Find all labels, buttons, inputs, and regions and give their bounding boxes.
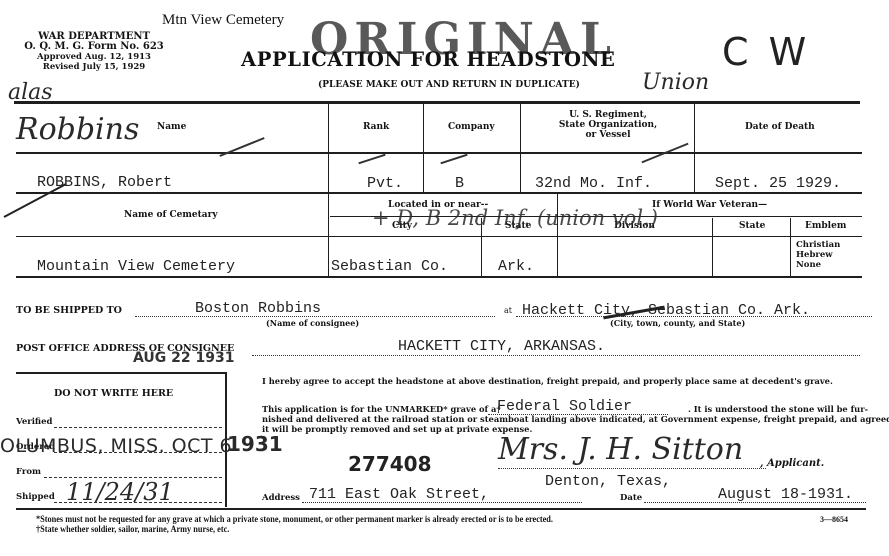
col-divider — [423, 104, 424, 192]
ordered-stamp-year: 1931 — [227, 432, 283, 456]
emblem-option-christian: Christian — [796, 240, 840, 250]
received-stamp: AUG 22 1931 — [133, 350, 234, 366]
row-rule — [16, 192, 862, 194]
po-address-value: HACKETT CITY, ARKANSAS. — [398, 338, 605, 355]
value-cemetery-name: Mountain View Cemetery — [37, 258, 235, 275]
agreement-line-1: I hereby agree to accept the headstone a… — [262, 376, 833, 386]
bottom-rule — [16, 508, 866, 510]
header-ww-group: If World War Veteran— — [652, 200, 767, 210]
form-code: 3—8654 — [820, 515, 848, 524]
value-rank: Pvt. — [367, 175, 403, 192]
header-company: Company — [448, 122, 495, 132]
emblem-option-none: None — [796, 260, 840, 270]
consignee-value: Boston Robbins — [195, 300, 321, 317]
header-ww-state: State — [739, 221, 765, 231]
value-date-of-death: Sept. 25 1929. — [715, 175, 841, 192]
col-divider — [790, 218, 791, 276]
grave-of-value: Federal Soldier — [497, 398, 632, 415]
city-state-value: Denton, Texas, — [545, 473, 671, 490]
signature-dots — [498, 468, 766, 469]
office-box-title: DO NOT WRITE HERE — [54, 388, 173, 399]
value-state: Ark. — [498, 258, 534, 275]
address-value: 711 East Oak Street, — [309, 486, 489, 503]
col-divider — [520, 104, 521, 192]
header-emblem: Emblem — [805, 221, 846, 231]
header-regiment: U. S. Regiment, State Organization, or V… — [522, 110, 694, 140]
header-rank: Rank — [363, 122, 389, 132]
form-subtitle: (PLEASE MAKE OUT AND RETURN IN DUPLICATE… — [318, 80, 580, 90]
form-title: APPLICATION FOR HEADSTONE — [241, 48, 616, 71]
at-label: at — [504, 306, 512, 315]
header-name: Name — [157, 122, 186, 132]
check-mark-icon — [440, 154, 467, 165]
date-value: August 18-1931. — [718, 486, 853, 503]
col-divider — [694, 104, 695, 192]
date-label: Date — [620, 493, 642, 503]
agreement-line-2-suffix: . It is understood the stone will be fur… — [688, 404, 868, 414]
applicant-signature: Mrs. J. H. Sitton — [498, 432, 743, 467]
col-divider — [328, 104, 329, 192]
address-label: Address — [262, 493, 300, 503]
emblem-option-hebrew: Hebrew — [796, 250, 840, 260]
agency-revised: Revised July 15, 1929 — [14, 62, 174, 72]
handwritten-located-overwrite: + D, B 2nd Inf. (union vol.) — [372, 206, 658, 230]
top-note: Mtn View Cemetery — [162, 12, 284, 29]
agency-form-number: O. Q. M. G. Form No. 623 — [14, 42, 174, 52]
emblem-options: Christian Hebrew None — [796, 240, 840, 270]
office-field-from: From — [16, 467, 41, 477]
destination-value: Hackett City, Sebastian Co. Ark. — [522, 302, 810, 319]
handwritten-cw: C W — [722, 30, 810, 74]
agency-block: WAR DEPARTMENT O. Q. M. G. Form No. 623 … — [14, 32, 174, 72]
agreement-line-3: nished and delivered at the railroad sta… — [262, 414, 889, 424]
handwritten-robbins: Robbins — [16, 112, 139, 147]
agreement-line-2: This application is for the UNMARKED* gr… — [262, 404, 501, 414]
col-divider — [712, 218, 713, 276]
handwritten-union: Union — [642, 70, 709, 95]
footnote-1: *Stones must not be requested for any gr… — [36, 514, 553, 524]
ship-to-label: TO BE SHIPPED TO — [16, 305, 122, 316]
header-cemetery-name: Name of Cemetary — [124, 210, 218, 220]
header-date-of-death: Date of Death — [745, 122, 815, 132]
footnote-2: †State whether soldier, sailor, marine, … — [36, 524, 229, 534]
arrow-annotation-icon — [4, 183, 67, 218]
header-rule — [16, 152, 862, 154]
applicant-label: , Applicant. — [760, 458, 824, 469]
table-bottom-rule — [16, 276, 862, 278]
order-number-stamp: 277408 — [348, 452, 432, 476]
value-company: B — [455, 175, 464, 192]
check-mark-icon — [358, 154, 385, 165]
agency-approved: Approved Aug. 12, 1913 — [14, 52, 174, 62]
shipped-date-handwritten: 11/24/31 — [66, 478, 174, 506]
office-box-top-rule — [16, 372, 226, 374]
emblem-header-rule — [792, 236, 862, 237]
value-regiment: 32nd Mo. Inf. — [535, 175, 652, 192]
cemetery-header-rule — [16, 236, 792, 237]
po-address-dots — [252, 355, 860, 356]
verified-dots — [54, 427, 222, 428]
agreement-line-4: it will be promptly removed and set up a… — [262, 424, 532, 434]
office-field-verified: Verified — [16, 417, 52, 427]
top-rule — [14, 101, 860, 104]
ordered-stamp: OLUMBUS, MISS. OCT 6 — [0, 435, 232, 457]
value-city: Sebastian Co. — [331, 258, 448, 275]
office-field-shipped: Shipped — [16, 492, 55, 502]
consignee-caption: (Name of consignee) — [266, 318, 359, 328]
destination-caption: (City, town, county, and State) — [610, 318, 745, 328]
